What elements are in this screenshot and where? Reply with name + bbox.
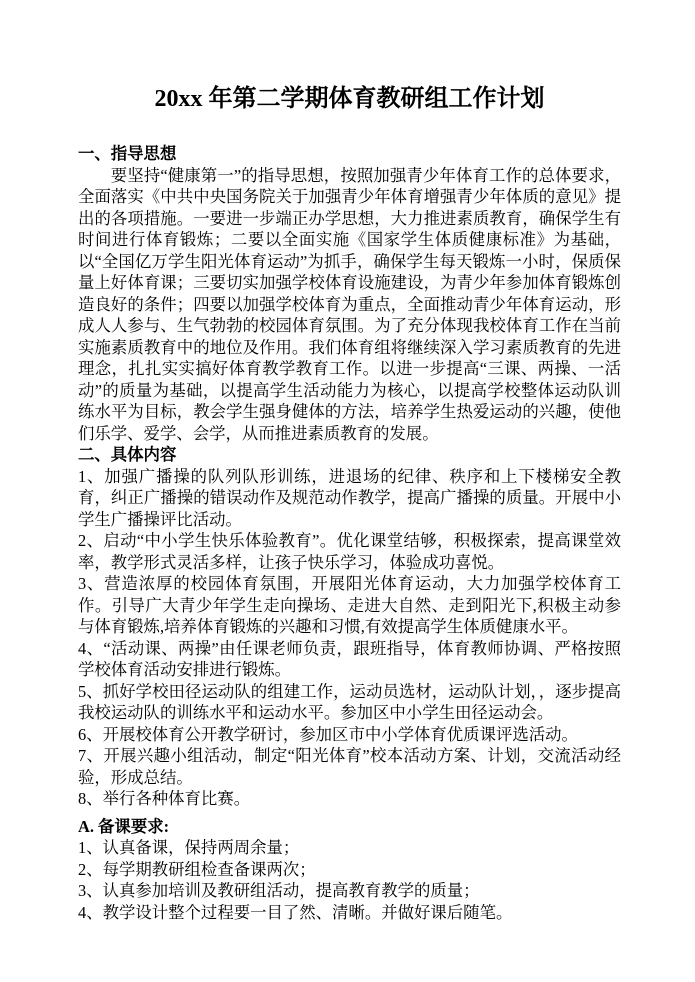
prep-item-3: 3、认真参加培训及教研组活动，提高教育教学的质量； [78, 880, 621, 902]
document-content: 20xx 年第二学期体育教研组工作计划 一、指导思想 要坚持“健康第一”的指导思… [78, 84, 621, 923]
document-page: 20xx 年第二学期体育教研组工作计划 一、指导思想 要坚持“健康第一”的指导思… [0, 0, 695, 982]
content-item-6: 6、开展校体育公开教学研讨，参加区市中小学体育优质课评选活动。 [78, 724, 621, 746]
section-heading-specific-content: 二、具体内容 [78, 444, 621, 466]
section-heading-guiding-ideology: 一、指导思想 [78, 143, 621, 165]
content-item-2: 2、启动“中小学生快乐体验教育”。优化课堂结够，积极探索，提高课堂效率，教学形式… [78, 530, 621, 573]
content-item-5: 5、抓好学校田径运动队的组建工作，运动员选材，运动队计划，，逐步提高我校运动队的… [78, 681, 621, 724]
prep-item-1: 1、认真备课，保持两周余量； [78, 837, 621, 859]
section-lesson-prep-requirements: A. 备课要求: 1、认真备课，保持两周余量； 2、每学期教研组检查备课两次； … [78, 816, 621, 924]
content-item-4: 4、“活动课、两操”由任课老师负责，跟班指导，体育教师协调、严格按照学校体育活动… [78, 638, 621, 681]
document-title: 20xx 年第二学期体育教研组工作计划 [78, 84, 621, 114]
content-item-3: 3、营造浓厚的校园体育氛围，开展阳光体育运动，大力加强学校体育工作。引导广大青少… [78, 573, 621, 638]
prep-item-2: 2、每学期教研组检查备课两次； [78, 859, 621, 881]
prep-item-4: 4、教学设计整个过程要一目了然、清晰。并做好课后随笔。 [78, 902, 621, 924]
section-heading-lesson-prep: A. 备课要求: [78, 816, 621, 838]
content-item-1: 1、加强广播操的队列队形训练，进退场的纪律、秩序和上下楼梯安全教育，纠正广播操的… [78, 466, 621, 531]
section-specific-content: 二、具体内容 1、加强广播操的队列队形训练，进退场的纪律、秩序和上下楼梯安全教育… [78, 444, 621, 810]
guiding-ideology-paragraph: 要坚持“健康第一”的指导思想，按照加强青少年体育工作的总体要求，全面落实《中共中… [78, 165, 621, 445]
content-item-8: 8、举行各种体育比赛。 [78, 788, 621, 810]
section-guiding-ideology: 一、指导思想 要坚持“健康第一”的指导思想，按照加强青少年体育工作的总体要求，全… [78, 143, 621, 444]
content-item-7: 7、开展兴趣小组活动，制定“阳光体育”校本活动方案、计划，交流活动经验，形成总结… [78, 745, 621, 788]
